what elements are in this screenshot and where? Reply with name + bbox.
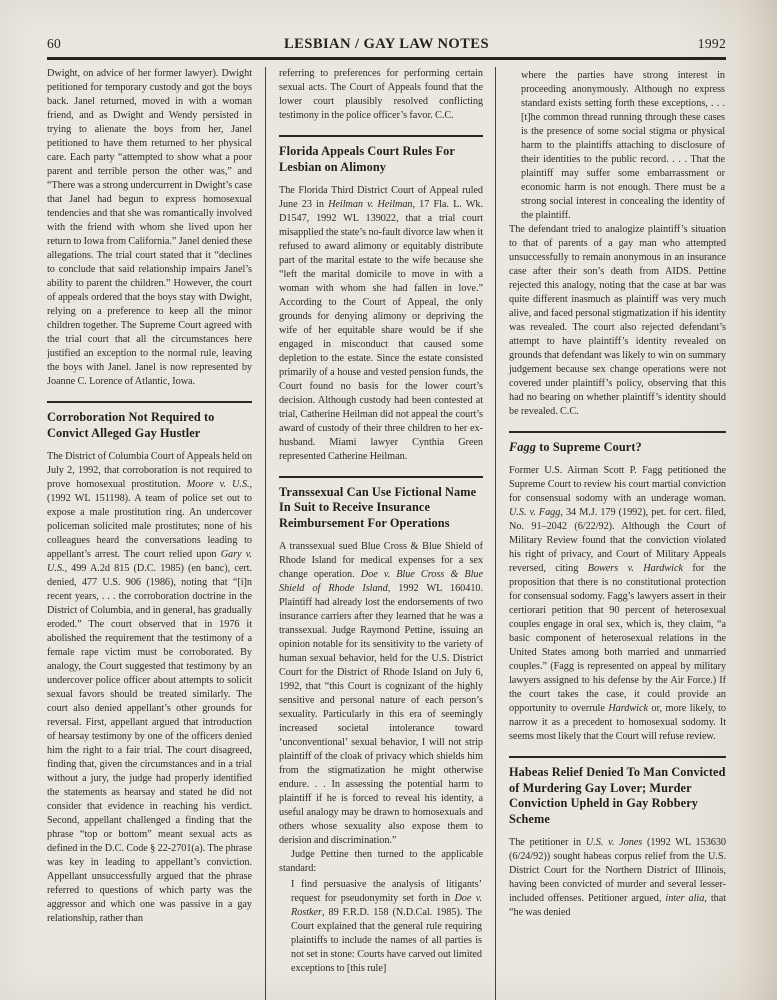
- column: Dwight, on advice of her former lawyer).…: [47, 67, 265, 1000]
- content-columns: Dwight, on advice of her former lawyer).…: [47, 67, 726, 1000]
- column: referring to preferences for performing …: [265, 67, 495, 1000]
- article-paragraph: referring to preferences for performing …: [279, 67, 483, 123]
- block-quote: I find persuasive the analysis of litiga…: [291, 878, 482, 976]
- block-quote: where the parties have strong interest i…: [521, 69, 725, 223]
- article-heading: Fagg to Supreme Court?: [509, 440, 726, 456]
- header-rule: [47, 57, 726, 60]
- article-heading: Florida Appeals Court Rules For Lesbian …: [279, 144, 483, 176]
- article-paragraph: The petitioner in U.S. v. Jones (1992 WL…: [509, 836, 726, 920]
- column: where the parties have strong interest i…: [495, 67, 726, 1000]
- section-rule: [509, 431, 726, 433]
- article-paragraph: Judge Pettine then turned to the applica…: [279, 848, 483, 876]
- article-heading: Transsexual Can Use Fictional Name In Su…: [279, 485, 483, 532]
- section-rule: [279, 135, 483, 137]
- article-paragraph: The Florida Third District Court of Appe…: [279, 184, 483, 464]
- section-rule: [47, 401, 252, 403]
- article-paragraph: Dwight, on advice of her former lawyer).…: [47, 67, 252, 389]
- article-heading: Corroboration Not Required to Convict Al…: [47, 410, 252, 442]
- section-rule: [509, 756, 726, 758]
- scanned-newsletter-page: 60 LESBIAN / GAY LAW NOTES 1992 Dwight, …: [0, 0, 777, 1000]
- page-title: LESBIAN / GAY LAW NOTES: [137, 36, 636, 53]
- article-paragraph: Former U.S. Airman Scott P. Fagg petitio…: [509, 464, 726, 744]
- page-content: 60 LESBIAN / GAY LAW NOTES 1992 Dwight, …: [47, 36, 726, 1000]
- article-heading: Habeas Relief Denied To Man Convicted of…: [509, 765, 726, 828]
- section-rule: [279, 476, 483, 478]
- running-header: 60 LESBIAN / GAY LAW NOTES 1992: [47, 36, 726, 53]
- article-paragraph: The defendant tried to analogize plainti…: [509, 223, 726, 419]
- article-paragraph: The District of Columbia Court of Appeal…: [47, 450, 252, 926]
- page-year: 1992: [636, 36, 726, 52]
- article-paragraph: A transsexual sued Blue Cross & Blue Shi…: [279, 540, 483, 848]
- page-number: 60: [47, 36, 137, 52]
